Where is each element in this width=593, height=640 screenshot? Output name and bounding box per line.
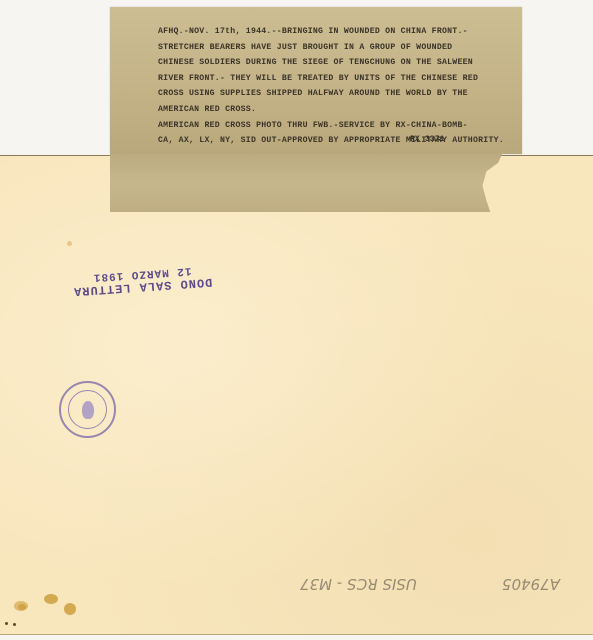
stain (64, 603, 76, 615)
circular-seal (59, 381, 116, 438)
caption-line: AMERICAN RED CROSS PHOTO THRU FWB.-SERVI… (158, 121, 468, 130)
handwritten-note-catalog-number: A79405 (502, 575, 560, 593)
handwritten-note-archive-code: USIS RCS - M37 (300, 575, 417, 593)
seal-emblem-icon (82, 401, 94, 419)
caption-strip-fold (110, 154, 502, 212)
caption-line: AMERICAN RED CROSS. (158, 105, 256, 114)
spot (13, 623, 16, 626)
stain (18, 604, 26, 610)
stain (67, 241, 72, 246)
caption-line: CHINESE SOLDIERS DURING THE SIEGE OF TEN… (158, 58, 473, 67)
caption-line: STRETCHER BEARERS HAVE JUST BROUGHT IN A… (158, 43, 452, 52)
caption-line: AFHQ.-NOV. 17th, 1944.--BRINGING IN WOUN… (158, 27, 468, 36)
caption-line: RIVER FRONT.- THEY WILL BE TREATED BY UN… (158, 74, 478, 83)
caption-line: CROSS USING SUPPLIES SHIPPED HALFWAY ARO… (158, 89, 468, 98)
caption-reference-number: RX 3371 (410, 135, 444, 144)
spot (5, 622, 8, 625)
stain (44, 594, 58, 604)
seal-inner-ring (68, 390, 107, 429)
caption-line: CA, AX, LX, NY, SID OUT-APPROVED BY APPR… (158, 136, 504, 145)
typed-caption-strip: AFHQ.-NOV. 17th, 1944.--BRINGING IN WOUN… (110, 7, 522, 154)
caption-text: AFHQ.-NOV. 17th, 1944.--BRINGING IN WOUN… (158, 24, 518, 149)
